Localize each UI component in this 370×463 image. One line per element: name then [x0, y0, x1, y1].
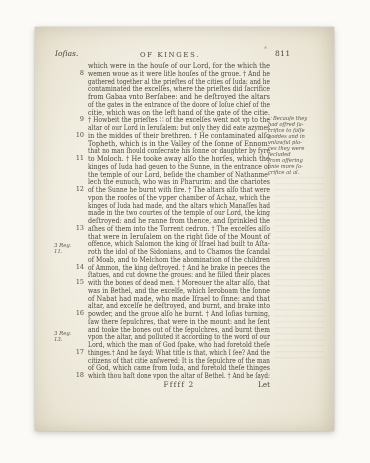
verse-number: 16: [69, 310, 84, 318]
margin-note-right: ∷ Becauſe they had offred ſa- crifice to…: [268, 117, 312, 177]
verse-number: 10: [69, 132, 84, 140]
running-title: OF KINGES.: [110, 51, 230, 59]
signature-mark: Fffff 2: [88, 381, 270, 389]
body-line: 18 which thou haſt done vpon the altar o…: [88, 372, 270, 380]
running-header-left: Ioſias.: [55, 50, 78, 58]
verse-number: 17: [69, 349, 84, 357]
page-number: 811: [275, 50, 291, 58]
body-line-text: which thou haſt done vpon the altar of B…: [88, 372, 270, 380]
verse-number: 14: [69, 264, 84, 272]
page-footer: Fffff 2 Let: [88, 381, 270, 390]
catchword: Let: [258, 381, 270, 389]
verse-number: 13: [69, 225, 84, 233]
verse-number: 15: [69, 279, 84, 287]
verse-number: 11: [69, 155, 84, 163]
verse-number: 8: [69, 70, 84, 78]
verse-number: 12: [69, 186, 84, 194]
body-text: which were in the houſe of our Lord, for…: [88, 62, 270, 380]
verse-number: 9: [69, 116, 84, 124]
header-ink-mark: *: [264, 46, 267, 53]
photo-background: Ioſias. OF KINGES. * 811 which were in t…: [0, 0, 370, 463]
margin-note-left-1: 3 Reg. 11.: [54, 243, 86, 256]
margin-note-left-2: 3 Reg. 13.: [54, 331, 86, 344]
book-page: Ioſias. OF KINGES. * 811 which were in t…: [35, 27, 334, 431]
verse-number: 18: [69, 372, 84, 380]
